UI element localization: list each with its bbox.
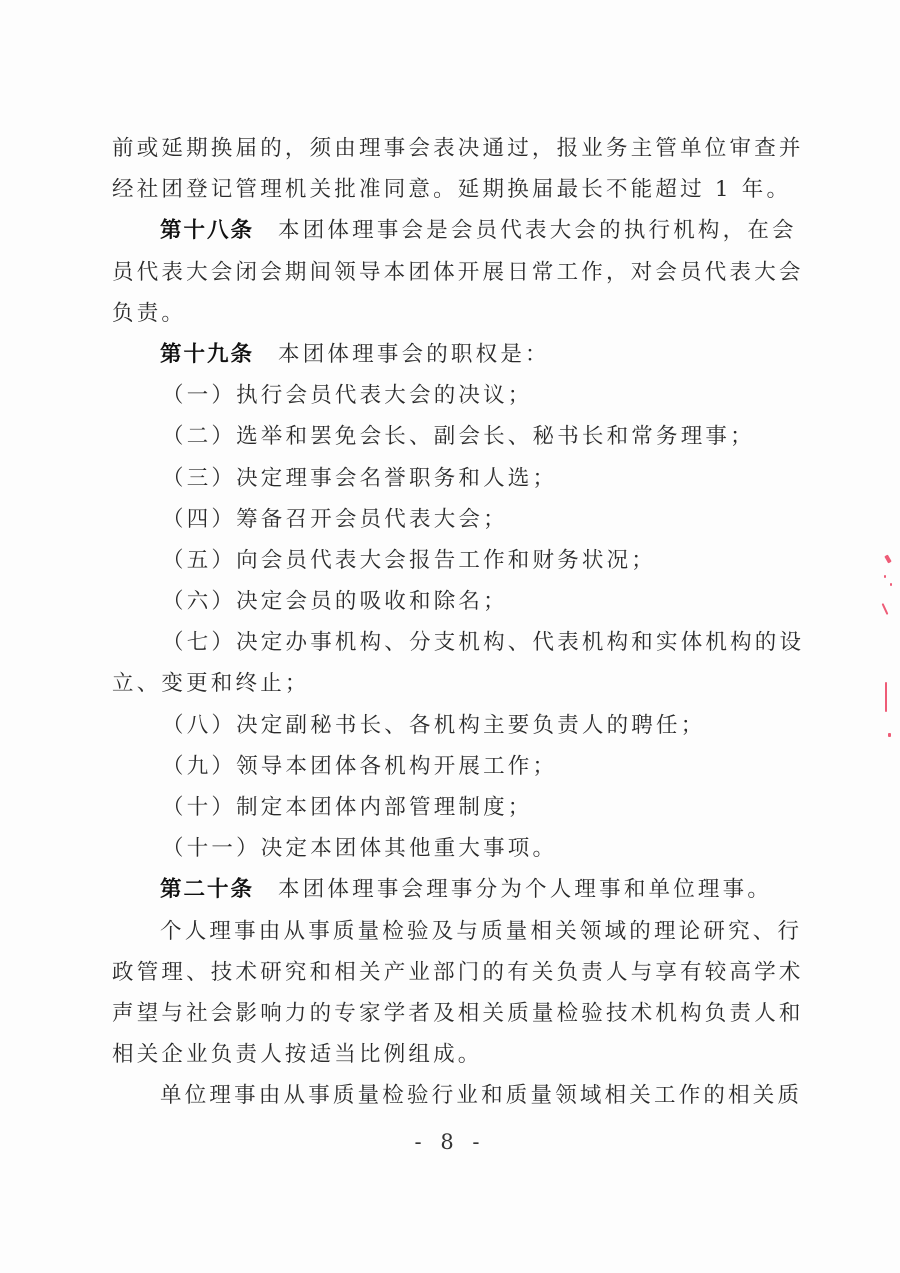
text-line: 经社团登记管理机关批准同意。延期换届最长不能超过 1 年。: [112, 169, 780, 210]
list-item: （五）向会员代表大会报告工作和财务状况；: [112, 540, 780, 581]
list-item: （七）决定办事机构、分支机构、代表机构和实体机构的设: [112, 622, 780, 663]
list-item: （八）决定副秘书长、各机构主要负责人的聘任；: [112, 705, 780, 746]
text-line: 负责。: [112, 293, 780, 334]
document-page: 前或延期换届的，须由理事会表决通过，报业务主管单位审查并 经社团登记管理机关批准…: [0, 0, 900, 1273]
document-body: 前或延期换届的，须由理事会表决通过，报业务主管单位审查并 经社团登记管理机关批准…: [112, 128, 780, 1117]
article-text: 本团体理事会的职权是：: [278, 342, 550, 367]
seal-edge-marks: [880, 555, 900, 745]
text-line: 前或延期换届的，须由理事会表决通过，报业务主管单位审查并: [112, 128, 780, 169]
text-line: 声望与社会影响力的专家学者及相关质量检验技术机构负责人和: [112, 993, 780, 1034]
list-item: （三）决定理事会名誉职务和人选；: [112, 458, 780, 499]
article-label: 第十九条: [160, 342, 254, 367]
article-19: 第十九条本团体理事会的职权是：: [112, 334, 780, 375]
text-line: 员代表大会闭会期间领导本团体开展日常工作，对会员代表大会: [112, 252, 780, 293]
text-line: 政管理、技术研究和相关产业部门的有关负责人与享有较高学术: [112, 952, 780, 993]
text-line: 相关企业负责人按适当比例组成。: [112, 1034, 780, 1075]
text-line: 立、变更和终止；: [112, 663, 780, 704]
list-item: （六）决定会员的吸收和除名；: [112, 581, 780, 622]
article-text: 本团体理事会理事分为个人理事和单位理事。: [278, 877, 772, 902]
paragraph-start: 单位理事由从事质量检验行业和质量领域相关工作的相关质: [112, 1075, 780, 1116]
list-item: （一）执行会员代表大会的决议；: [112, 375, 780, 416]
list-item: （二）选举和罢免会长、副会长、秘书长和常务理事；: [112, 416, 780, 457]
page-number: - 8 -: [0, 1130, 900, 1154]
list-item: （十一）决定本团体其他重大事项。: [112, 828, 780, 869]
article-label: 第二十条: [160, 877, 254, 902]
paragraph-start: 个人理事由从事质量检验及与质量相关领域的理论研究、行: [112, 911, 780, 952]
list-item: （九）领导本团体各机构开展工作；: [112, 746, 780, 787]
article-20: 第二十条本团体理事会理事分为个人理事和单位理事。: [112, 869, 780, 910]
list-item: （四）筹备召开会员代表大会；: [112, 499, 780, 540]
list-item: （十）制定本团体内部管理制度；: [112, 787, 780, 828]
article-text: 本团体理事会是会员代表大会的执行机构，在会: [278, 218, 797, 243]
article-label: 第十八条: [160, 218, 254, 243]
article-18: 第十八条本团体理事会是会员代表大会的执行机构，在会: [112, 210, 780, 251]
